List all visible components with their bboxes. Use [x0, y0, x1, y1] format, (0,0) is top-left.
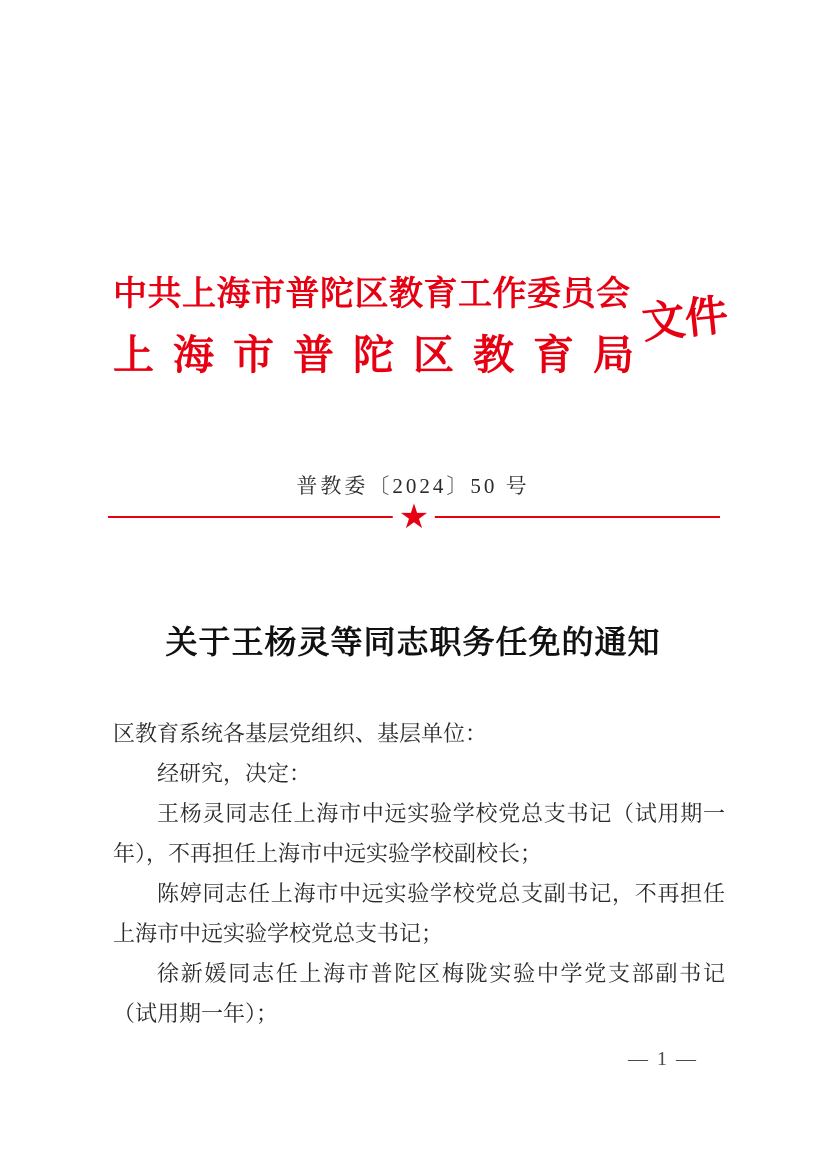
page-number: — 1 — — [628, 1047, 698, 1071]
document-page: 中共上海市普陀区教育工作委员会 上海市普陀区教育局 文件 普教委〔2024〕50… — [0, 0, 826, 1169]
letterhead-org-line2: 上海市普陀区教育局 — [113, 330, 658, 380]
document-title: 关于王杨灵等同志职务任免的通知 — [0, 620, 826, 664]
doc-number: 普教委〔2024〕50 号 — [0, 473, 826, 499]
body-paragraph: 陈婷同志任上海市中远实验学校党总支副书记，不再担任上海市中远实验学校党总支书记； — [113, 874, 725, 954]
body-paragraph: 经研究，决定： — [113, 754, 725, 794]
letterhead-org-line1: 中共上海市普陀区教育工作委员会 — [113, 272, 633, 318]
letterhead-doc-type-label: 文件 — [640, 291, 731, 350]
salutation: 区教育系统各基层党组织、基层单位： — [113, 714, 725, 754]
red-divider-line: ★ — [108, 516, 720, 518]
body-paragraph: 王杨灵同志任上海市中远实验学校党总支书记（试用期一年），不再担任上海市中远实验学… — [113, 794, 725, 874]
star-icon: ★ — [393, 500, 435, 534]
document-body: 区教育系统各基层党组织、基层单位： 经研究，决定： 王杨灵同志任上海市中远实验学… — [113, 714, 725, 1034]
body-paragraph: 徐新媛同志任上海市普陀区梅陇实验中学党支部副书记（试用期一年）； — [113, 954, 725, 1034]
